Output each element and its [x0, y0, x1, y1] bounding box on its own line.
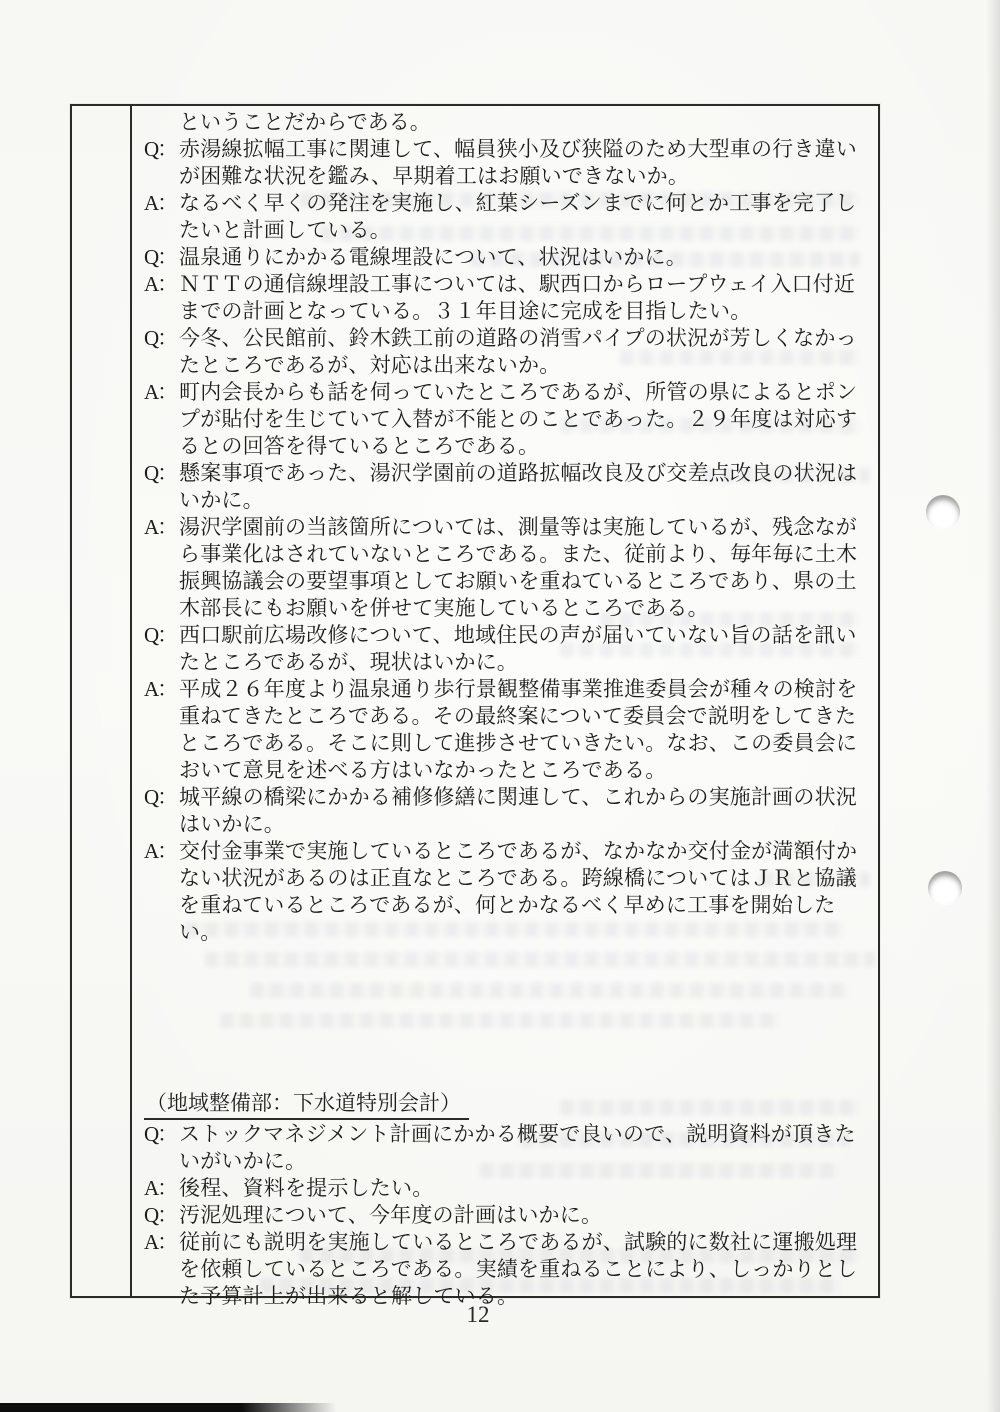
qa-label: Q： [144, 784, 179, 838]
qa-label: A： [144, 1229, 179, 1310]
qa-item: A： 町内会長からも話を伺っていたところであるが、所管の県によるとポンプが貼付を… [144, 379, 875, 460]
qa-item: Q： 懸案事項であった、湯沢学園前の道路拡幅改良及び交差点改良の状況はいかに。 [144, 460, 875, 514]
table-column-divider [130, 106, 132, 1296]
qa-text: 赤湯線拡幅工事に関連して、幅員狭小及び狭隘のため大型車の行き違いが困難な状況を鑑… [179, 136, 875, 190]
qa-label: A： [144, 379, 179, 460]
qa-item: A： 湯沢学園前の当該箇所については、測量等は実施しているが、残念ながら事業化は… [144, 514, 875, 622]
qa-item: Q： 温泉通りにかかる電線埋設について、状況はいかに。 [144, 244, 875, 271]
qa-label: Q： [144, 1121, 179, 1175]
qa-text: 平成２６年度より温泉通り歩行景観整備事業推進委員会が種々の検討を重ねてきたところ… [179, 676, 875, 784]
qa-label: Q： [144, 136, 179, 190]
scan-edge-artifact [0, 1403, 336, 1412]
qa-label: A： [144, 838, 179, 946]
qa-item: A： 従前にも説明を実施しているところであるが、試験的に数社に運搬処理を依頼して… [144, 1229, 875, 1310]
qa-text: 交付金事業で実施しているところであるが、なかなか交付金が満額付かない状況があるの… [179, 838, 875, 946]
qa-item: Q： 城平線の橋梁にかかる補修修繕に関連して、これからの実施計画の状況はいかに。 [144, 784, 875, 838]
qa-label: Q： [144, 460, 179, 514]
qa-text: 湯沢学園前の当該箇所については、測量等は実施しているが、残念ながら事業化はされて… [179, 514, 875, 622]
section-heading-text: （地域整備部：下水道特別会計） [144, 1090, 469, 1120]
qa-text: ＮＴＴの通信線埋設工事については、駅西口からロープウェイ入口付近までの計画となっ… [179, 271, 875, 325]
punch-hole [928, 871, 962, 905]
qa-label: Q： [144, 244, 179, 271]
continuation-line: ということだからである。 [144, 109, 875, 136]
qa-label: Q： [144, 622, 179, 676]
qa-text: 西口駅前広場改修について、地域住民の声が届いていない旨の話を訊いたところであるが… [179, 622, 875, 676]
qa-label: A： [144, 676, 179, 784]
qa-item: A： なるべく早くの発注を実施し、紅葉シーズンまでに何とか工事を完了したいと計画… [144, 190, 875, 244]
qa-text: 温泉通りにかかる電線埋設について、状況はいかに。 [179, 244, 875, 271]
qa-text: 従前にも説明を実施しているところであるが、試験的に数社に運搬処理を依頼していると… [179, 1229, 875, 1310]
qa-item: A： 平成２６年度より温泉通り歩行景観整備事業推進委員会が種々の検討を重ねてきた… [144, 676, 875, 784]
qa-text: 今冬、公民館前、鈴木鉄工前の道路の消雪パイプの状況が芳しくなかったところであるが… [179, 325, 875, 379]
qa-label: A： [144, 514, 179, 622]
qa-item: Q： 汚泥処理について、今年度の計画はいかに。 [144, 1202, 875, 1229]
qa-item: A： 後程、資料を提示したい。 [144, 1175, 875, 1202]
qa-text: 町内会長からも話を伺っていたところであるが、所管の県によるとポンプが貼付を生じて… [179, 379, 875, 460]
qa-label: A： [144, 271, 179, 325]
blank-gap [144, 946, 875, 1090]
page-number: 12 [448, 1302, 508, 1328]
qa-item: Q： 赤湯線拡幅工事に関連して、幅員狭小及び狭隘のため大型車の行き違いが困難な状… [144, 136, 875, 190]
qa-label: Q： [144, 325, 179, 379]
qa-text: 城平線の橋梁にかかる補修修繕に関連して、これからの実施計画の状況はいかに。 [179, 784, 875, 838]
qa-text: 汚泥処理について、今年度の計画はいかに。 [179, 1202, 875, 1229]
qa-item: Q： 西口駅前広場改修について、地域住民の声が届いていない旨の話を訊いたところで… [144, 622, 875, 676]
qa-text: 後程、資料を提示したい。 [179, 1175, 875, 1202]
minutes-table-border: ということだからである。 Q： 赤湯線拡幅工事に関連して、幅員狭小及び狭隘のため… [70, 104, 880, 1298]
qa-item: Q： 今冬、公民館前、鈴木鉄工前の道路の消雪パイプの状況が芳しくなかったところで… [144, 325, 875, 379]
qa-content-column: ということだからである。 Q： 赤湯線拡幅工事に関連して、幅員狭小及び狭隘のため… [144, 109, 875, 1310]
continuation-text: ということだからである。 [179, 110, 431, 134]
punch-hole [926, 495, 960, 529]
section-heading: （地域整備部：下水道特別会計） [144, 1090, 875, 1120]
qa-label: A： [144, 1175, 179, 1202]
qa-item: A： ＮＴＴの通信線埋設工事については、駅西口からロープウェイ入口付近までの計画… [144, 271, 875, 325]
qa-text: なるべく早くの発注を実施し、紅葉シーズンまでに何とか工事を完了したいと計画してい… [179, 190, 875, 244]
qa-text: 懸案事項であった、湯沢学園前の道路拡幅改良及び交差点改良の状況はいかに。 [179, 460, 875, 514]
qa-text: ストックマネジメント計画にかかる概要で良いので、説明資料が頂きたいがいかに。 [179, 1121, 875, 1175]
qa-item: A： 交付金事業で実施しているところであるが、なかなか交付金が満額付かない状況が… [144, 838, 875, 946]
qa-label: Q： [144, 1202, 179, 1229]
qa-item: Q： ストックマネジメント計画にかかる概要で良いので、説明資料が頂きたいがいかに… [144, 1121, 875, 1175]
qa-label: A： [144, 190, 179, 244]
paper-edge-shadow [986, 0, 1000, 1412]
scanned-page: ということだからである。 Q： 赤湯線拡幅工事に関連して、幅員狭小及び狭隘のため… [0, 0, 1000, 1412]
